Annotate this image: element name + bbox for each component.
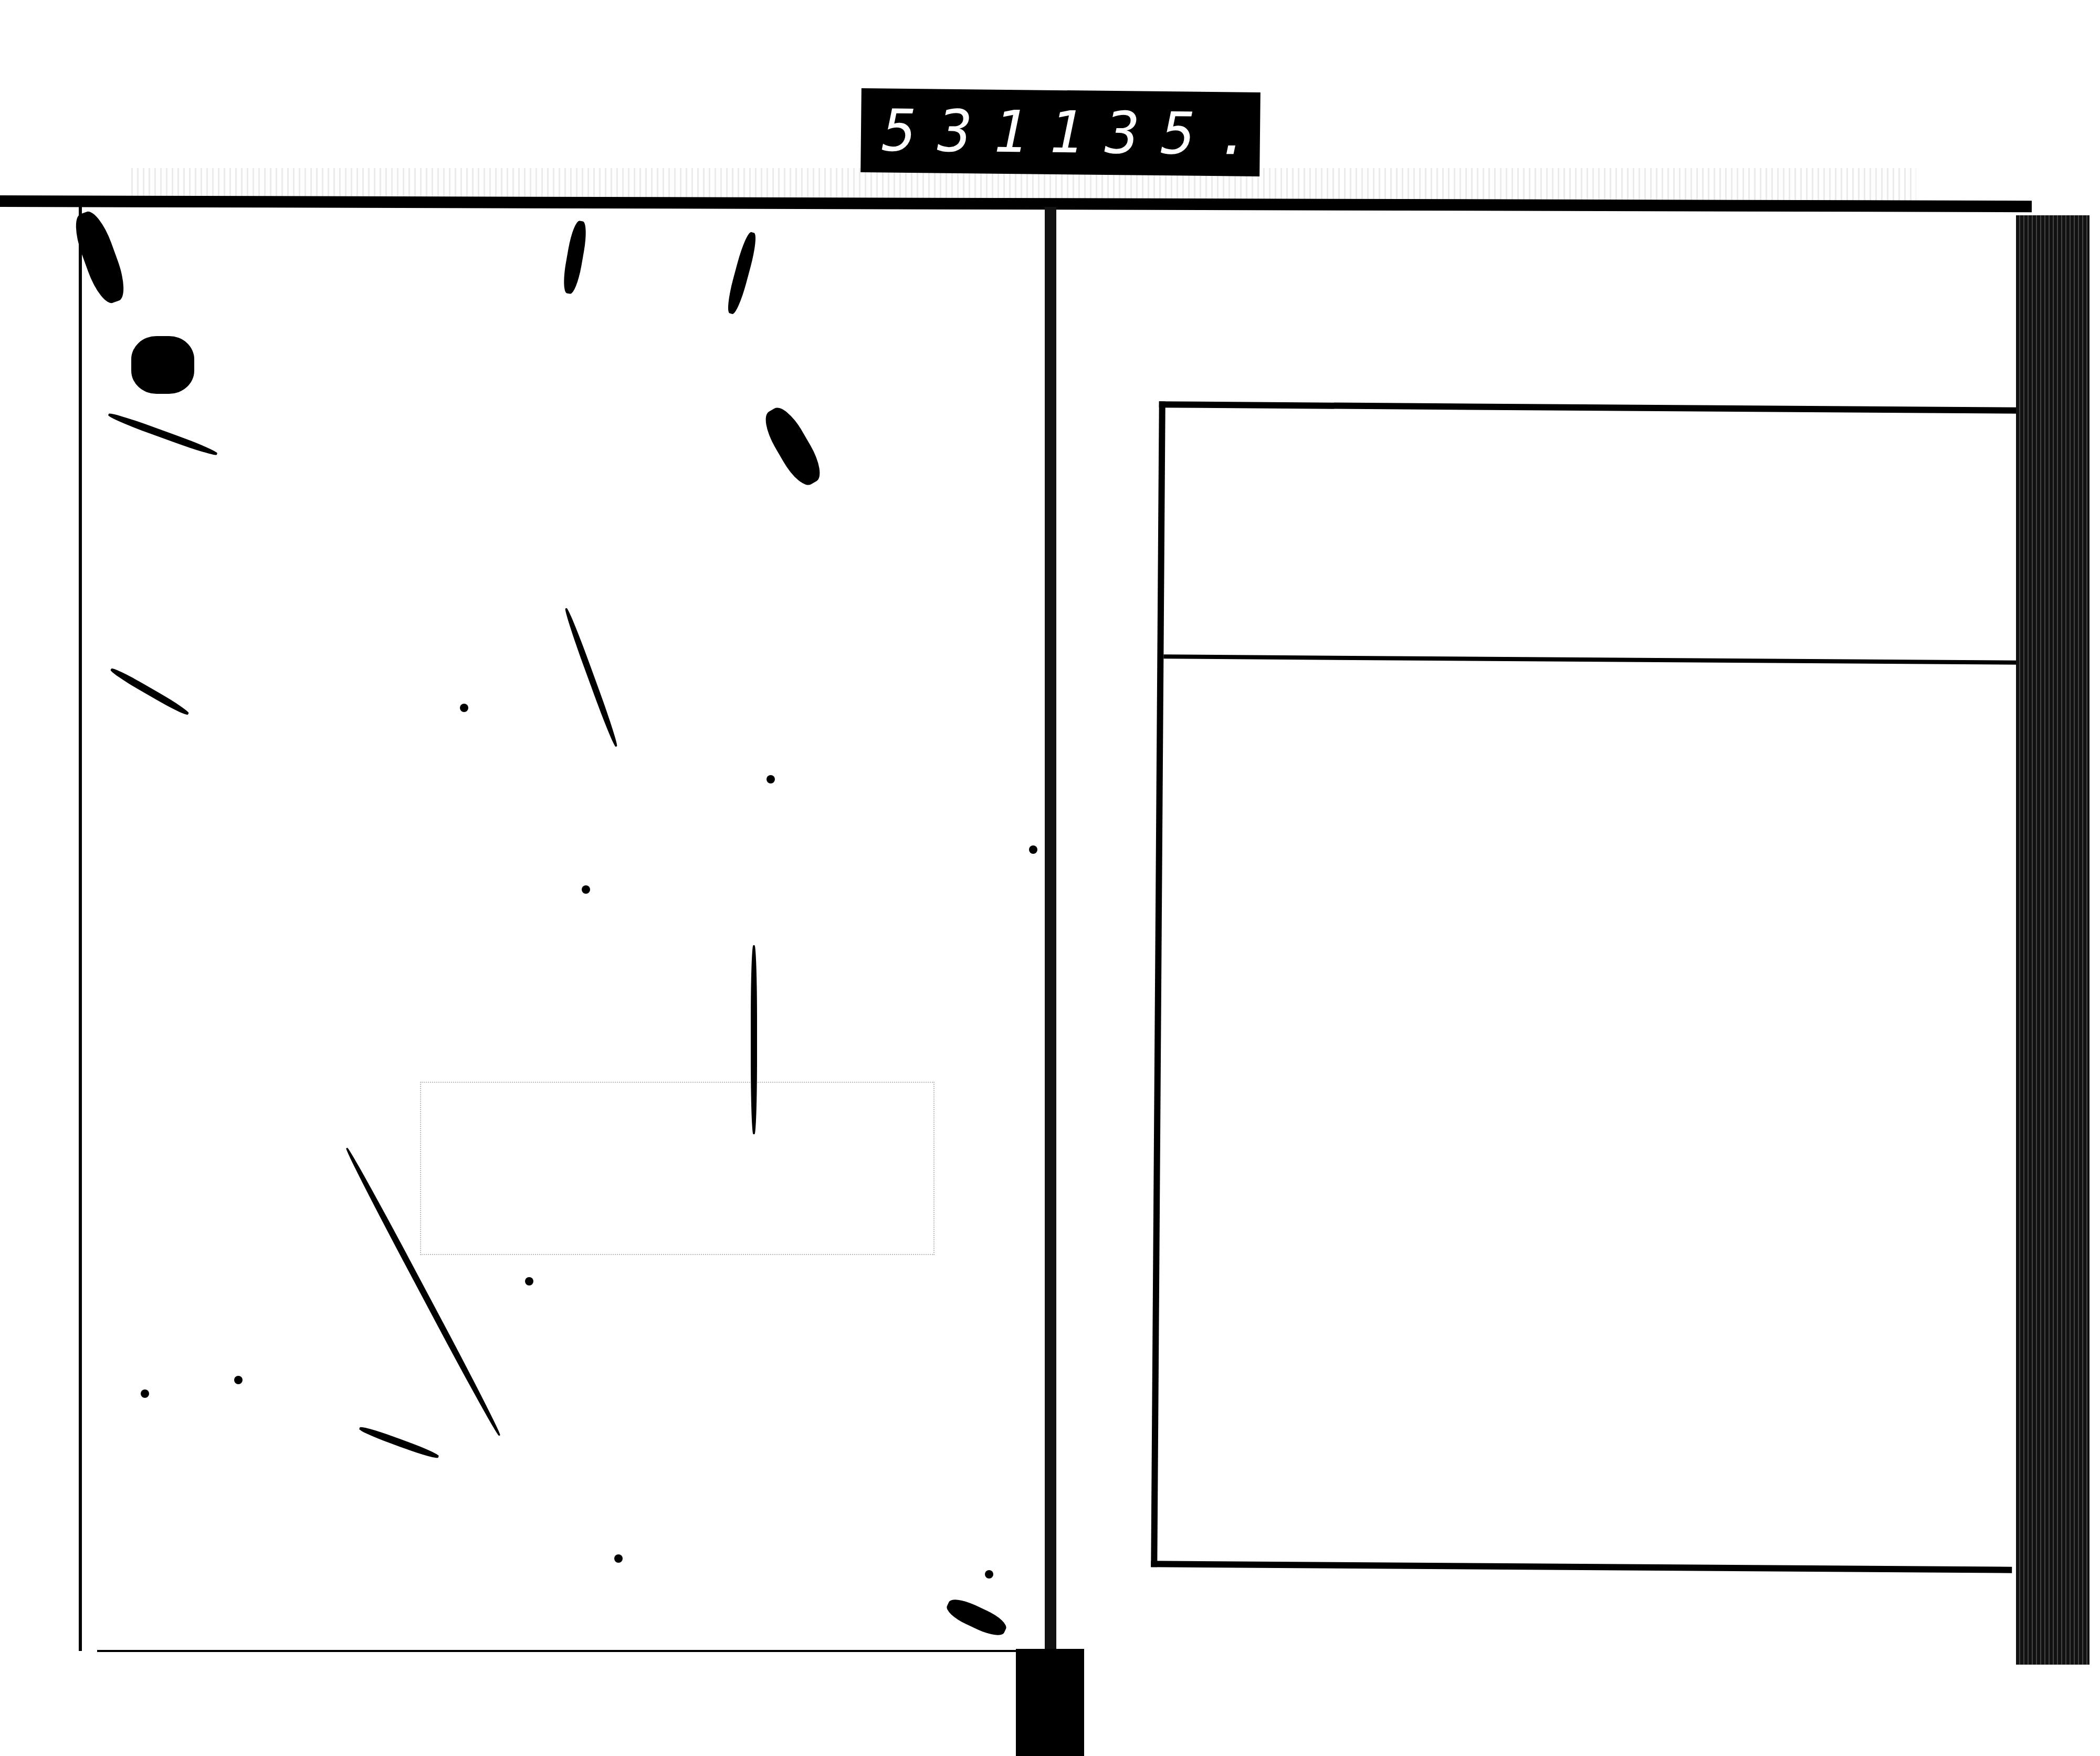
damage-stain (751, 945, 757, 1134)
scanned-document: 531 135. (0, 0, 2100, 1756)
frame-header-divider (1163, 654, 2018, 664)
damage-stain (131, 336, 194, 394)
damage-dot (234, 1376, 243, 1384)
faded-stamp (420, 1082, 934, 1255)
damage-dot (525, 1277, 533, 1285)
counter-left-number: 531 (881, 97, 1049, 165)
ruled-frame (1151, 401, 2020, 1573)
page-block-edge (2016, 215, 2089, 1665)
left-page (79, 207, 1045, 1651)
damage-dot (141, 1389, 149, 1398)
frame-counter-label: 531 135. (860, 88, 1261, 176)
damage-dot (460, 704, 468, 712)
damage-dot (614, 1554, 623, 1563)
damage-dot (766, 775, 775, 783)
book-spine (1045, 207, 1056, 1651)
damage-dot (1029, 845, 1037, 854)
spine-foot (1016, 1649, 1084, 1756)
left-page-edge (79, 207, 82, 1651)
damage-dot (582, 885, 590, 894)
left-page-bottom-edge (97, 1650, 1021, 1652)
damage-dot (985, 1570, 993, 1579)
counter-right-number: 135. (1049, 99, 1273, 168)
